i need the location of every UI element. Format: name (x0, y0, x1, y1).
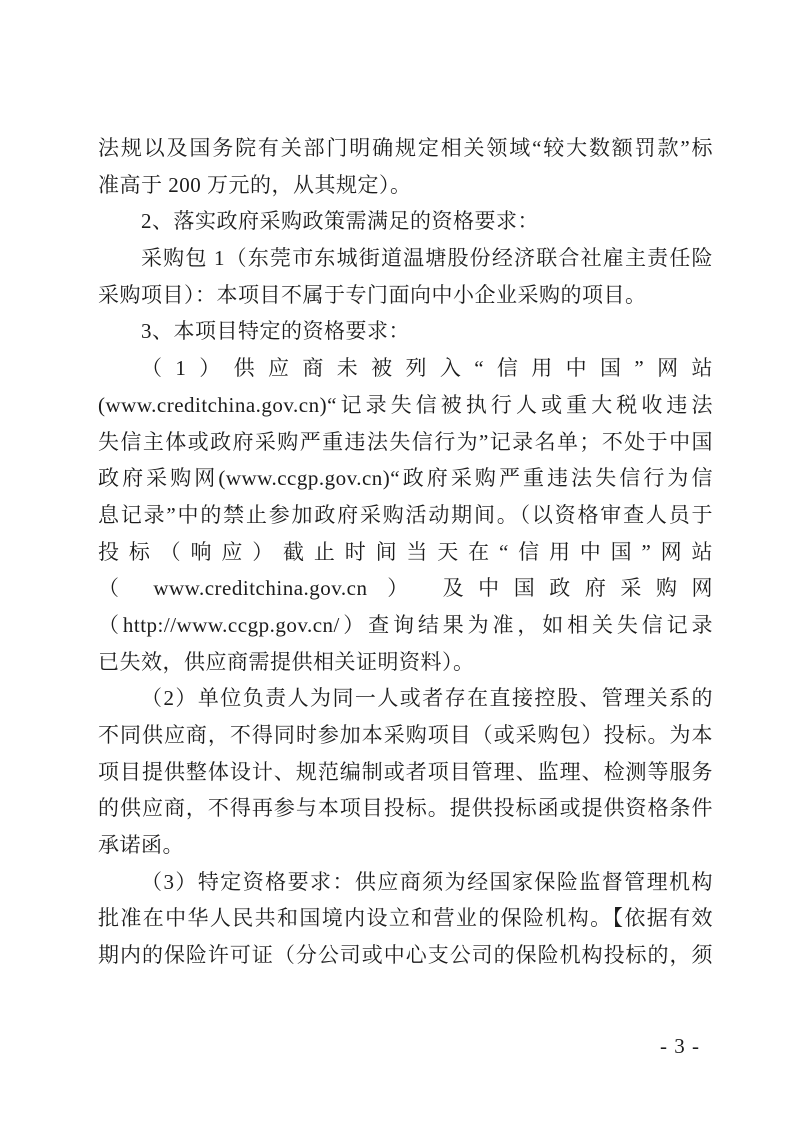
text-line: 3、本项目特定的资格要求： (98, 313, 713, 350)
text-line: （3）特定资格要求：供应商须为经国家保险监督管理机构 (98, 864, 713, 901)
text-line: 的供应商，不得再参与本项目投标。提供投标函或提供资格条件 (98, 790, 713, 827)
page-number: - 3 - (640, 1030, 720, 1062)
paragraph: 采购包 1（东莞市东城街道温塘股份经济联合社雇主责任险采购项目）：本项目不属于专… (98, 240, 713, 313)
text-line: 息记录”中的禁止参加政府采购活动期间。（以资格审查人员于 (98, 497, 713, 534)
text-line: （2）单位负责人为同一人或者存在直接控股、管理关系的 (98, 680, 713, 717)
text-line: 采购包 1（东莞市东城街道温塘股份经济联合社雇主责任险 (98, 240, 713, 277)
paragraph: （3）特定资格要求：供应商须为经国家保险监督管理机构批准在中华人民共和国境内设立… (98, 864, 713, 974)
text-line: 2、落实政府采购政策需满足的资格要求： (98, 203, 713, 240)
text-line: 失信主体或政府采购严重违法失信行为”记录名单；不处于中国 (98, 424, 713, 461)
paragraph: （2）单位负责人为同一人或者存在直接控股、管理关系的不同供应商，不得同时参加本采… (98, 680, 713, 863)
text-line: 政府采购网(www.ccgp.gov.cn)“政府采购严重违法失信行为信 (98, 460, 713, 497)
document-page: 法规以及国务院有关部门明确规定相关领域“较大数额罚款”标准高于 200 万元的，… (0, 0, 794, 1123)
text-line: 期内的保险许可证（分公司或中心支公司的保险机构投标的，须 (98, 937, 713, 974)
text-line: 承诺函。 (98, 827, 713, 864)
text-line: 采购项目）：本项目不属于专门面向中小企业采购的项目。 (98, 277, 713, 314)
text-line: 已失效，供应商需提供相关证明资料）。 (98, 644, 713, 681)
paragraph: 法规以及国务院有关部门明确规定相关领域“较大数额罚款”标准高于 200 万元的，… (98, 130, 713, 203)
paragraph: 3、本项目特定的资格要求： (98, 313, 713, 350)
text-line: 投标（响应）截止时间当天在“信用中国”网站 (98, 534, 713, 571)
text-line: （1）供应商未被列入“信用中国”网站 (98, 350, 713, 387)
text-line: 批准在中华人民共和国境内设立和营业的保险机构。【依据有效 (98, 900, 713, 937)
paragraph: 2、落实政府采购政策需满足的资格要求： (98, 203, 713, 240)
text-line: 项目提供整体设计、规范编制或者项目管理、监理、检测等服务 (98, 754, 713, 791)
text-line: 准高于 200 万元的，从其规定）。 (98, 167, 713, 204)
text-line: 不同供应商，不得同时参加本采购项目（或采购包）投标。为本 (98, 717, 713, 754)
text-line: （ www.creditchina.gov.cn ） 及中国政府采购网 (98, 570, 713, 607)
text-line: （http://www.ccgp.gov.cn/）查询结果为准，如相关失信记录 (98, 607, 713, 644)
text-line: 法规以及国务院有关部门明确规定相关领域“较大数额罚款”标 (98, 130, 713, 167)
text-line: (www.creditchina.gov.cn)“记录失信被执行人或重大税收违法 (98, 387, 713, 424)
paragraph: （1）供应商未被列入“信用中国”网站(www.creditchina.gov.c… (98, 350, 713, 680)
document-body: 法规以及国务院有关部门明确规定相关领域“较大数额罚款”标准高于 200 万元的，… (98, 130, 713, 974)
